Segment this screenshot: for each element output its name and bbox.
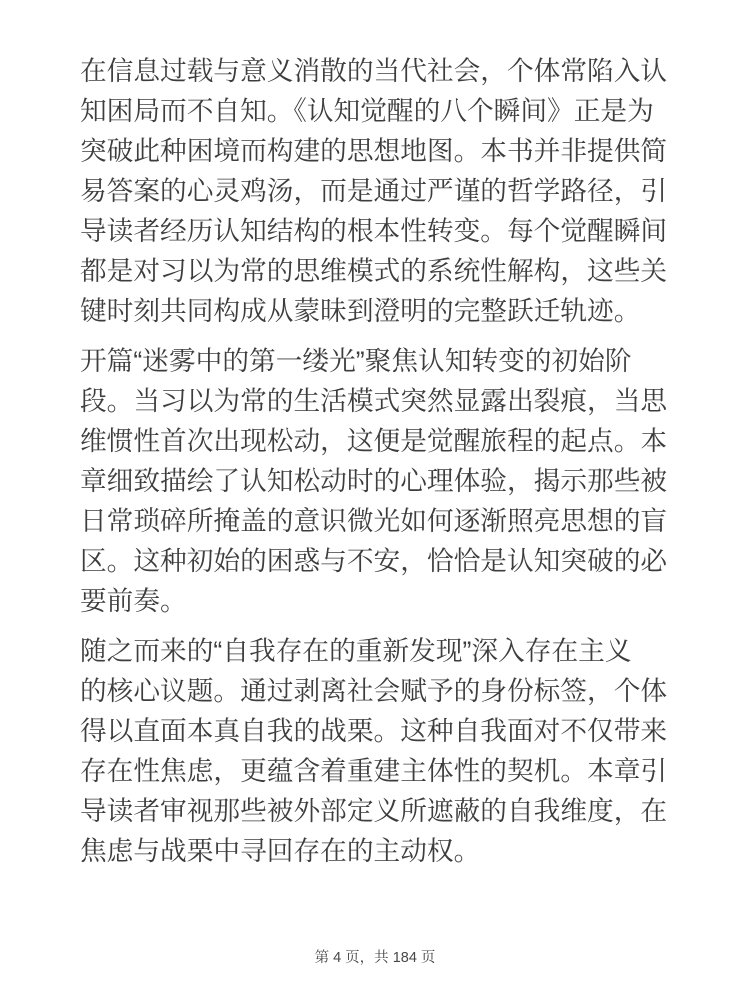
text-line: 导读者经历认知结构的根本性转变。每个觉醒瞬间	[80, 211, 670, 251]
text-line: 存在性焦虑，更蕴含着重建主体性的契机。本章引	[80, 751, 670, 791]
document-page: 在信息过载与意义消散的当代社会，个体常陷入认 知困局而不自知。《认知觉醒的八个瞬…	[0, 0, 750, 1000]
text-line: 段。当习以为常的生活模式突然显露出裂痕，当思	[80, 381, 670, 421]
text-line: 随之而来的“自我存在的重新发现”深入存在主义	[80, 631, 670, 671]
text-line: 在信息过载与意义消散的当代社会，个体常陷入认	[80, 51, 670, 91]
text-line: 的核心议题。通过剥离社会赋予的身份标签，个体	[80, 671, 670, 711]
text-line: 日常琐碎所掩盖的意识微光如何逐渐照亮思想的盲	[80, 501, 670, 541]
paragraph-3: 随之而来的“自我存在的重新发现”深入存在主义 的核心议题。通过剥离社会赋予的身份…	[80, 631, 670, 871]
paragraph-2: 开篇“迷雾中的第一缕光”聚焦认知转变的初始阶 段。当习以为常的生活模式突然显露出…	[80, 341, 670, 621]
text-line: 键时刻共同构成从蒙昧到澄明的完整跃迁轨迹。	[80, 291, 670, 331]
text-line: 易答案的心灵鸡汤，而是通过严谨的哲学路径，引	[80, 171, 670, 211]
document-body: 在信息过载与意义消散的当代社会，个体常陷入认 知困局而不自知。《认知觉醒的八个瞬…	[80, 51, 670, 881]
text-line: 得以直面本真自我的战栗。这种自我面对不仅带来	[80, 711, 670, 751]
page-number-indicator: 第 4 页，共 184 页	[0, 948, 750, 968]
paragraph-1: 在信息过载与意义消散的当代社会，个体常陷入认 知困局而不自知。《认知觉醒的八个瞬…	[80, 51, 670, 331]
text-line: 区。这种初始的困惑与不安，恰恰是认知突破的必	[80, 541, 670, 581]
text-line: 导读者审视那些被外部定义所遮蔽的自我维度，在	[80, 791, 670, 831]
text-line: 焦虑与战栗中寻回存在的主动权。	[80, 831, 670, 871]
text-line: 章细致描绘了认知松动时的心理体验，揭示那些被	[80, 461, 670, 501]
text-line: 开篇“迷雾中的第一缕光”聚焦认知转变的初始阶	[80, 341, 670, 381]
text-line: 都是对习以为常的思维模式的系统性解构，这些关	[80, 251, 670, 291]
text-line: 知困局而不自知。《认知觉醒的八个瞬间》正是为	[80, 91, 670, 131]
text-line: 维惯性首次出现松动，这便是觉醒旅程的起点。本	[80, 421, 670, 461]
text-line: 突破此种困境而构建的思想地图。本书并非提供简	[80, 131, 670, 171]
text-line: 要前奏。	[80, 581, 670, 621]
